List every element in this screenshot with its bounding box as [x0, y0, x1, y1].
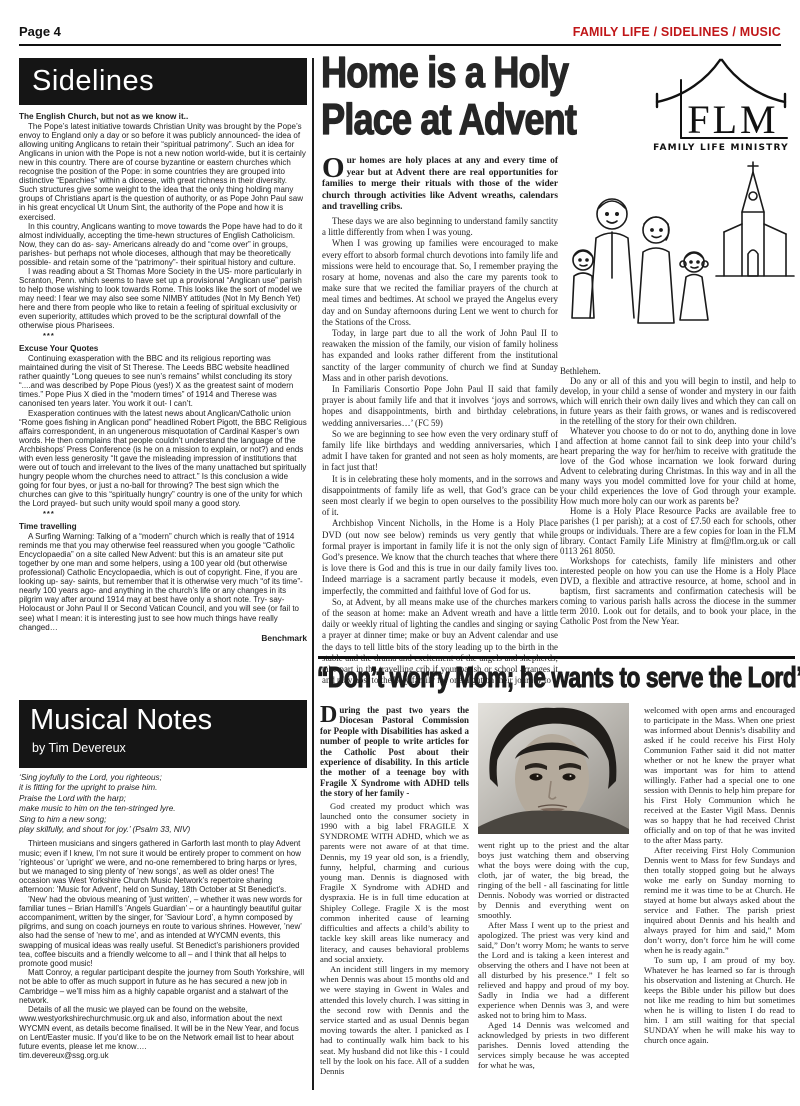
sidelines-subhead: Time travelling: [19, 522, 307, 531]
section-title: FAMILY LIFE / SIDELINES / MUSIC: [573, 25, 781, 39]
dennis-col1-paragraphs: God created my product which was launche…: [320, 801, 469, 1076]
article-paragraph: ’New’ had the obvious meaning of ’just w…: [19, 895, 307, 969]
psalm-line: play skilfully, and shout for joy.’ (Psa…: [19, 825, 307, 835]
article-paragraph: When I was growing up families were enco…: [322, 238, 558, 328]
sidelines-masthead: Sidelines: [19, 58, 307, 105]
article-paragraph: These days we are also beginning to unde…: [322, 216, 558, 238]
article-paragraph: Home is a Holy Place Resource Packs are …: [560, 506, 796, 556]
home-article-intro: Our homes are holy places at any and eve…: [322, 156, 558, 214]
article-paragraph: In Familiaris Consortio Pope John Paul I…: [322, 384, 558, 429]
column-divider-rule: [312, 58, 314, 1090]
page-number: Page 4: [19, 24, 61, 39]
psalm-line: ‘Sing joyfully to the Lord, you righteou…: [19, 773, 307, 783]
article-paragraph: An incident still lingers in my memory w…: [320, 964, 469, 1076]
article-paragraph: Whatever you choose to do or not to do, …: [560, 426, 796, 506]
sidelines-paragraph: A Surfing Warning: Talking of a “modern”…: [19, 532, 307, 632]
section-separator: ***: [43, 331, 307, 340]
musical-notes-byline: by Tim Devereux: [19, 737, 307, 755]
psalm-quote: ‘Sing joyfully to the Lord, you righteou…: [19, 773, 307, 835]
article-paragraph: To sum up, I am proud of my boy. Whateve…: [644, 955, 795, 1045]
article-paragraph: Details of all the music we played can b…: [19, 1005, 307, 1051]
sidelines-section-0: The Pope’s latest initiative towards Chr…: [19, 122, 307, 330]
drop-cap: D: [320, 705, 339, 724]
header-rule: [19, 44, 781, 46]
dennis-portrait-photo: [478, 703, 629, 834]
article-paragraph: Do any or all of this and you will begin…: [560, 376, 796, 426]
flm-house-roof-icon: FLM: [650, 54, 792, 142]
sidelines-paragraph: In this country, Anglicans wanting to mo…: [19, 222, 307, 267]
dennis-article-headline: “Don’t worry Mom; he wants to serve the …: [317, 662, 800, 695]
psalm-line: make music to him on the ten-stringed ly…: [19, 804, 307, 814]
home-article-column-1: Our homes are holy places at any and eve…: [322, 156, 558, 687]
sidelines-paragraph: Continuing exasperation with the BBC and…: [19, 354, 307, 408]
sidelines-section-2: A Surfing Warning: Talking of a “modern”…: [19, 532, 307, 632]
family-and-church-illustration: [556, 158, 796, 360]
article-paragraph: Aged 14 Dennis was welcomed and acknowle…: [478, 1020, 629, 1070]
psalm-line: Sing to him a new song;: [19, 815, 307, 825]
sidelines-signature: Benchmark: [19, 634, 307, 643]
article-paragraph: Today, in large part due to all the work…: [322, 328, 558, 384]
sidelines-paragraph: I was reading about a St Thomas More Soc…: [19, 267, 307, 330]
bottom-article-rule: [318, 656, 795, 659]
contact-email: tim.devereux@ssg.org.uk: [19, 1051, 307, 1060]
home-intro-text: ur homes are holy places at any and ever…: [322, 156, 558, 212]
article-paragraph: welcomed with open arms and encouraged t…: [644, 705, 795, 845]
sidelines-subhead: Excuse Your Quotes: [19, 344, 307, 353]
article-paragraph: Matt Conroy, a regular participant despi…: [19, 968, 307, 1005]
article-paragraph: Archbishop Vincent Nicholls, in the Home…: [322, 518, 558, 596]
dennis-article-column-2: went right up to the priest and the alta…: [478, 840, 629, 1070]
article-paragraph: After Mass I went up to the priest and a…: [478, 920, 629, 1020]
home-article-column-2: Bethlehem.Do any or all of this and you …: [560, 366, 796, 626]
article-paragraph: After receiving First Holy Communion Den…: [644, 845, 795, 955]
section-separator: ***: [43, 509, 307, 518]
musical-notes-title: Musical Notes: [19, 700, 307, 737]
dennis-article-column-1: During the past two years the Diocesan P…: [320, 705, 469, 1076]
sidelines-subhead: The English Church, but not as we know i…: [19, 112, 307, 121]
flm-logo-text: FLM: [687, 97, 778, 142]
dennis-intro-text: uring the past two years the Diocesan Pa…: [320, 705, 469, 798]
sidelines-article: The English Church, but not as we know i…: [19, 108, 307, 643]
article-paragraph: It is in celebrating these holy moments,…: [322, 474, 558, 519]
flm-logo: FLM FAMILY LIFE MINISTRY: [650, 54, 792, 154]
dennis-article-intro: During the past two years the Diocesan P…: [320, 705, 469, 799]
article-paragraph: Workshops for catechists, family life mi…: [560, 556, 796, 626]
article-paragraph: Bethlehem.: [560, 366, 796, 376]
drop-cap: O: [322, 156, 347, 179]
article-paragraph: God created my product which was launche…: [320, 801, 469, 964]
sidelines-section-1: Continuing exasperation with the BBC and…: [19, 354, 307, 508]
dennis-article-column-3: welcomed with open arms and encouraged t…: [644, 705, 795, 1045]
musical-notes-masthead: Musical Notes by Tim Devereux: [19, 700, 307, 768]
psalm-line: it is fitting for the upright to praise …: [19, 783, 307, 793]
article-paragraph: went right up to the priest and the alta…: [478, 840, 629, 920]
psalm-line: Praise the Lord with the harp;: [19, 794, 307, 804]
musical-notes-paragraphs: Thirteen musicians and singers gathered …: [19, 839, 307, 1051]
musical-notes-article: ‘Sing joyfully to the Lord, you righteou…: [19, 773, 307, 1060]
sidelines-paragraph: Exasperation continues with the latest n…: [19, 409, 307, 509]
sidelines-title: Sidelines: [19, 58, 307, 98]
sidelines-paragraph: The Pope’s latest initiative towards Chr…: [19, 122, 307, 222]
article-paragraph: Thirteen musicians and singers gathered …: [19, 839, 307, 894]
home-col1-paragraphs: These days we are also beginning to unde…: [322, 216, 558, 687]
article-paragraph: So we are beginning to see how even the …: [322, 429, 558, 474]
flm-logo-caption: FAMILY LIFE MINISTRY: [650, 143, 792, 153]
